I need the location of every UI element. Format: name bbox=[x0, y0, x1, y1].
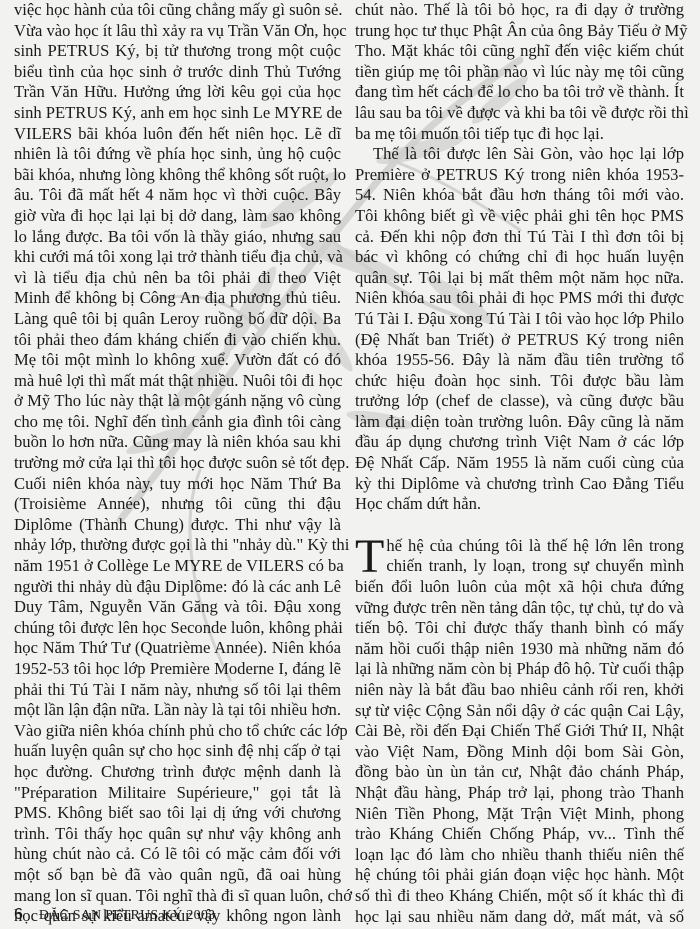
text-line: huấn luyện quân sự cho học sinh đệ nhị c… bbox=[14, 741, 341, 762]
paragraph-generation: T hế hệ của chúng tôi là thế hệ lớn lên … bbox=[355, 536, 684, 927]
text-line: sự từ việc Cộng Sản nổi dậy ở các quận C… bbox=[355, 701, 684, 722]
text-line: tiến bộ. Tôi chỉ được thấy thanh bình có… bbox=[355, 618, 684, 639]
text-line: hùng chút nào cả. Có lẽ tôi có mặc cảm đ… bbox=[14, 844, 341, 865]
text-line: (Troisième Année), nhưng tôi cũng thi đậ… bbox=[14, 494, 341, 515]
text-line: Học chấm dứt hẳn. bbox=[355, 494, 684, 515]
text-line: loạn lạc đó làm cho nhiều thanh thiếu ni… bbox=[355, 845, 684, 866]
text-line: người thi nhảy dù đậu Diplôme: đó là các… bbox=[14, 577, 341, 598]
text-line: hệ chúng tôi phải gián đoạn việc học hàn… bbox=[355, 865, 684, 886]
publication-title: ĐẶC SAN PETRUS KÝ 2003 bbox=[39, 908, 215, 924]
text-line: cả. Đến khi nộp đơn thi Tú Tài I thì đơn… bbox=[355, 227, 684, 248]
paragraph-saigon: Thế là tôi được lên Sài Gòn, vào học lại… bbox=[355, 144, 684, 515]
text-line: Duy Tâm, Nguyễn Văn Găng và tôi. Đậu xon… bbox=[14, 597, 341, 618]
text-line: âu. Tôi đã mất hết 4 năm học vì thời cuộ… bbox=[14, 185, 341, 206]
text-line: tôi phải theo đám kháng chiến đi vào chi… bbox=[14, 330, 341, 351]
text-line: Première ở PETRUS Ký trong niên khóa 195… bbox=[355, 165, 684, 186]
magazine-page: việc học hành của tôi cũng chẳng mấy gì … bbox=[0, 0, 700, 929]
text-line: lại là những năm còn bị Pháp đô hộ. Từ c… bbox=[355, 659, 684, 680]
drop-cap: T bbox=[355, 538, 384, 576]
text-line: sinh PETRUS Ký, bị tử thương trong một c… bbox=[14, 41, 341, 62]
text-line: đồng bào ùn ùn tản cư, Nhật đảo chánh Ph… bbox=[355, 762, 684, 783]
text-line: kỳ thi Diplôme và chương trình Cao Đẳng … bbox=[355, 474, 684, 495]
text-line: tiền giúp mẹ tôi phần nào vì lúc này mẹ … bbox=[355, 62, 684, 83]
text-line: khi cưới má tôi xong lại trở thành tiểu … bbox=[14, 247, 341, 268]
text-line: học đường. Chương trình được mệnh danh l… bbox=[14, 762, 341, 783]
text-line: làm đại diện toàn trường luôn. Đây cũng … bbox=[355, 412, 684, 433]
text-line: Vào giữa niên khóa chính phủ cho tổ chức… bbox=[14, 721, 341, 742]
text-line: một số bạn bè đã vào quân ngũ, đã oai hù… bbox=[14, 865, 341, 886]
left-column: việc học hành của tôi cũng chẳng mấy gì … bbox=[14, 0, 341, 927]
text-line: 54. Niên khóa bắt đầu hơn tháng tôi mới … bbox=[355, 185, 684, 206]
text-line: bãi khóa, nhưng lòng không thể không sốt… bbox=[14, 165, 341, 186]
text-line: Niên khóa sau tôi phải đi học PMS mới th… bbox=[355, 288, 684, 309]
text-line: VILERS bãi khóa luôn đến hết niên học. L… bbox=[14, 124, 341, 145]
text-line: cho mẹ tôi. Nghĩ đến tình cảnh gia đình … bbox=[14, 412, 341, 433]
text-line: mà huê lợi thì mất mát thật nhiều. Nuôi … bbox=[14, 371, 341, 392]
text-line: buồn lo hơn nữa. Cũng may là niên khóa s… bbox=[14, 432, 341, 453]
text-line: ở Mỹ Tho lúc này thật là một gánh nặng v… bbox=[14, 391, 341, 412]
text-line: lo lắng được. Ba tôi vốn là thầy giáo, n… bbox=[14, 227, 341, 248]
text-line: (Đệ Nhất ban Triết) ở PETRUS Ký trong ni… bbox=[355, 330, 684, 351]
text-line: vào Việt Nam, Đồng Minh dội bom Sài Gòn, bbox=[355, 742, 684, 763]
text-line: phải thi Tú Tài I năm này, nhưng số tôi … bbox=[14, 680, 341, 701]
paragraph-continued: chút nào. Thế là tôi bỏ học, ra đi dạy ở… bbox=[355, 0, 684, 144]
text-line: niên này là bắt đầu bao nhiêu cảnh rối r… bbox=[355, 680, 684, 701]
text-line: hế hệ của chúng tôi là thế hệ lớn lên tr… bbox=[355, 536, 684, 557]
text-line: ba mẹ tôi muốn tôi tiếp tục đi học lại. bbox=[355, 124, 684, 145]
text-line: vì là tiểu địa chủ nên ba tôi phải đi th… bbox=[14, 268, 341, 289]
text-line: Thế là tôi được lên Sài Gòn, vào học lại… bbox=[355, 144, 684, 165]
text-line: đầu áp dụng chương trình Việt Nam ở các … bbox=[355, 432, 684, 453]
text-line: số thì đi theo Kháng Chiến, một số ít kh… bbox=[355, 886, 684, 907]
right-column: chút nào. Thế là tôi bỏ học, ra đi dạy ở… bbox=[355, 0, 684, 927]
text-line: Làng quê tôi bị quân Leroy ruồng bố dữ d… bbox=[14, 309, 341, 330]
text-line: Mẹ tôi một mình lo không xuể. Vườn đất c… bbox=[14, 350, 341, 371]
text-line: trưởng lớp (chef de classe), và cũng đượ… bbox=[355, 391, 684, 412]
text-line: năm 1951 ở Collège Le MYRE de VILERS có … bbox=[14, 556, 341, 577]
text-line: Nhật đầu hàng, Pháp trở lại, phong trào … bbox=[355, 783, 684, 804]
text-line: chúng tôi được lên học Seconde luôn, khô… bbox=[14, 618, 341, 639]
text-line: Diplôme (Thành Chung) được. Thi như vậy … bbox=[14, 515, 341, 536]
text-line: Niên Tiền Phong, Mặt Trận Việt Minh, pho… bbox=[355, 804, 684, 825]
text-line: mang lon sĩ quan. Tôi nghĩ thà đi sĩ qua… bbox=[14, 886, 341, 907]
text-line: Cuối niên khóa này, tuy mới học Năm Thứ … bbox=[14, 474, 341, 495]
text-line: Tú Tài I. Đậu xong Tú Tài I tôi vào học … bbox=[355, 309, 684, 330]
section-gap bbox=[355, 515, 684, 536]
text-line: lâu sau ba tôi về được và khi ba tôi về … bbox=[355, 103, 684, 124]
text-line: chức hiệu đoàn học sinh. Tôi được bầu là… bbox=[355, 371, 684, 392]
text-line: 1952-53 tôi học lớp Première Moderne I, … bbox=[14, 659, 341, 680]
text-line: biểu tình của học sinh ở trước dinh Thủ … bbox=[14, 62, 341, 83]
text-line: vững được trên nền tảng dân tộc, tự chủ,… bbox=[355, 598, 684, 619]
text-line: việc học hành của tôi cũng chẳng mấy gì … bbox=[14, 0, 341, 21]
text-line: khóa 1955-56. Đây là năm đầu tiên trường… bbox=[355, 350, 684, 371]
text-line: một lần lận đận nữa. Lần này là tại tôi … bbox=[14, 700, 341, 721]
page-number: 6 bbox=[14, 906, 23, 924]
text-line: năm hồi cuối thập niên 1930 mà những năm… bbox=[355, 639, 684, 660]
text-line: sinh PETRUS Ký, anh em học sinh Le MYRE … bbox=[14, 103, 341, 124]
text-line: PMS. Không biết sao tôi lại dị ứng với c… bbox=[14, 803, 341, 824]
text-line: bác vì không có chứng chỉ đi học huấn lu… bbox=[355, 247, 684, 268]
text-line: Cài Bè, rồi đến Đại Chiến Thế Giới Thứ I… bbox=[355, 721, 684, 742]
text-line: chiến tranh, ly loạn, trong sự chuyển mì… bbox=[355, 556, 684, 577]
text-line: học Năm Thứ Tư (Quatrième Année). Niên k… bbox=[14, 638, 341, 659]
text-line: Đệ Nhất Cấp. Năm 1955 là năm cuối cùng c… bbox=[355, 453, 684, 474]
text-line: nhảy lớp, thường được gọi là thi "nhảy d… bbox=[14, 535, 341, 556]
text-line: đang tìm hết cách để lo cho ba tôi trở v… bbox=[355, 82, 684, 103]
text-line: nhiên là tôi đứng về phía học sinh, ủng … bbox=[14, 144, 341, 165]
text-line: Vừa vào học ít lâu thì xảy ra vụ Trần Vă… bbox=[14, 21, 341, 42]
text-line: Trần Văn Hữu. Hưởng ứng lời kêu gọi của … bbox=[14, 82, 341, 103]
text-line: quân sự. Tôi lại bị mất thêm một năm học… bbox=[355, 268, 684, 289]
text-line: giờ vừa đi học lại lại bị dở dang, làm s… bbox=[14, 206, 341, 227]
text-line: Minh để không bị Công An địa phương thủ … bbox=[14, 288, 341, 309]
text-line: trung học tư thục Phật Ân của ông Bảy Ti… bbox=[355, 21, 684, 42]
page-footer: 6 ĐẶC SAN PETRUS KÝ 2003 bbox=[14, 906, 215, 924]
text-line: trào Kháng Chiến Chống Pháp, vv... Tình … bbox=[355, 824, 684, 845]
text-line: trường mở cửa lại thì tôi học được suôn … bbox=[14, 453, 341, 474]
text-line: "Préparation Militaire Supérieure," gọi … bbox=[14, 783, 341, 804]
text-line: biến đổi luôn luôn của một xã hội chưa đ… bbox=[355, 577, 684, 598]
text-line: Tôi không biết gì về việc phải ghi tên h… bbox=[355, 206, 684, 227]
text-line: Tho. Mặt khác tôi cũng nghĩ đến việc kiế… bbox=[355, 41, 684, 62]
text-line: trình. Tôi thấy học quân sự như vậy khôn… bbox=[14, 824, 341, 845]
text-line: học lại sau nhiều năm dang dở, mất mát, … bbox=[355, 907, 684, 928]
text-line: chút nào. Thế là tôi bỏ học, ra đi dạy ở… bbox=[355, 0, 684, 21]
